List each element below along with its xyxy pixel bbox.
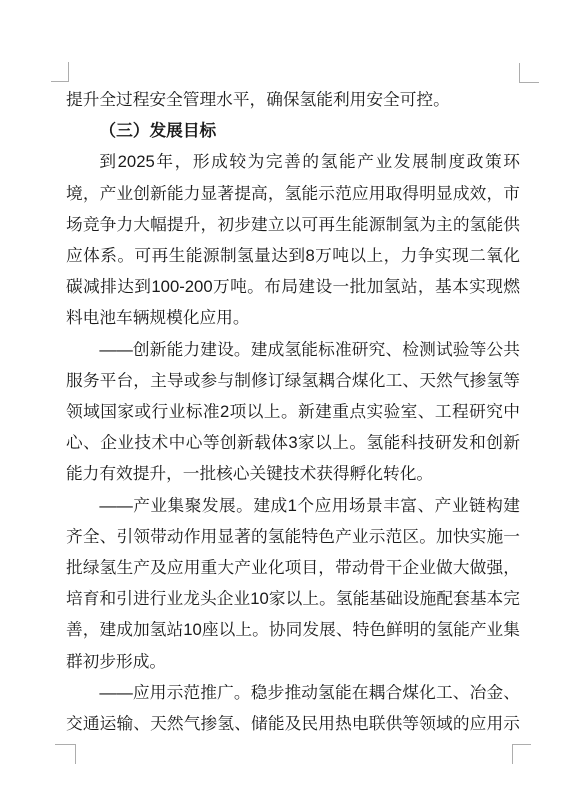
paragraph-2025-goals: 到2025年，形成较为完善的氢能产业发展制度政策环境，产业创新能力显著提高，氢能… <box>66 146 520 333</box>
paragraph-application-demonstration: ——应用示范推广。稳步推动氢能在耦合煤化工、冶金、交通运输、天然气掺氢、储能及民… <box>66 677 520 739</box>
text-area: 提升全过程安全管理水平，确保氢能利用安全可控。 （三）发展目标 到2025年，形… <box>66 84 520 739</box>
section-heading-development-goals: （三）发展目标 <box>66 115 520 146</box>
margin-crop-mark-top-right <box>519 63 539 83</box>
paragraph-innovation-capability: ——创新能力建设。建成氢能标准研究、检测试验等公共服务平台，主导或参与制修订绿氢… <box>66 334 520 490</box>
paragraph-safety-continuation: 提升全过程安全管理水平，确保氢能利用安全可控。 <box>66 84 520 115</box>
paragraph-industry-cluster: ——产业集聚发展。建成1个应用场景丰富、产业链构建齐全、引领带动作用显著的氢能特… <box>66 490 520 677</box>
document-page: 提升全过程安全管理水平，确保氢能利用安全可控。 （三）发展目标 到2025年，形… <box>0 0 587 789</box>
margin-crop-mark-bottom-left <box>55 744 76 764</box>
margin-crop-mark-bottom-right <box>512 744 531 764</box>
margin-crop-mark-top-left <box>51 62 69 82</box>
